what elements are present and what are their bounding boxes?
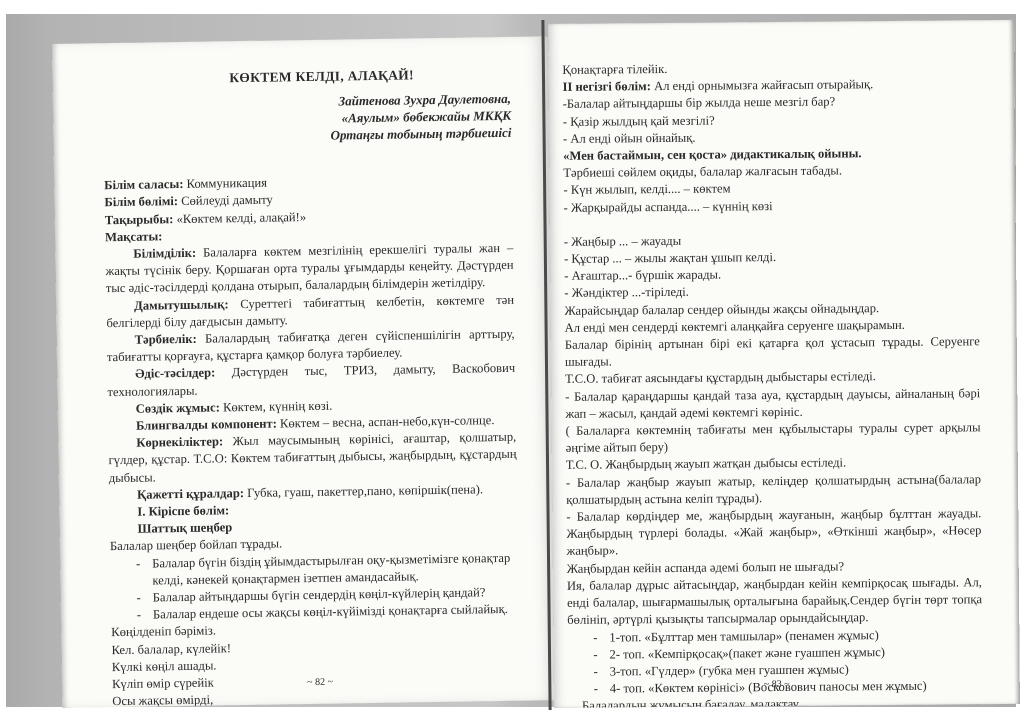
right-page: Қонақтарға тілейік. ІІ негізгі бөлім: Ал… — [548, 20, 1020, 708]
left-page: КӨКТЕМ КЕЛДІ, АЛАҚАЙ! Зайтенова Зухра Да… — [52, 36, 558, 708]
paragraph: - Балалар қараңдаршы қандай таза ауа, құ… — [565, 385, 980, 423]
goal-educational: Білімділік: Балаларға көктем мезгілінің … — [105, 240, 514, 298]
paragraph: - Балалар көрдіңдер ме, жаңбырдың жауған… — [566, 505, 981, 560]
right-page-content: Қонақтарға тілейік. ІІ негізгі бөлім: Ал… — [562, 58, 983, 708]
left-page-content: КӨКТЕМ КЕЛДІ, АЛАҚАЙ! Зайтенова Зухра Да… — [102, 57, 520, 708]
paragraph: Балалар бірінің артынан бірі екі қатарға… — [565, 333, 980, 371]
paragraph: - Балалар жаңбыр жауып жатыр, келіңдер қ… — [566, 471, 981, 509]
paragraph: ( Балаларға көктемнің табиғаты мен құбыл… — [565, 419, 980, 457]
goal-visual-aids: Көрнекіліктер: Жыл маусымының көрінісі, … — [108, 429, 517, 487]
document-title: КӨКТЕМ КЕЛДІ, АЛАҚАЙ! — [132, 65, 510, 88]
paragraph: Ия, балалар дұрыс айтасыңдар, жаңбырдан … — [567, 574, 982, 629]
author-block: Зайтенова Зухра Даулетовна, «Аяулым» бөб… — [103, 90, 512, 147]
